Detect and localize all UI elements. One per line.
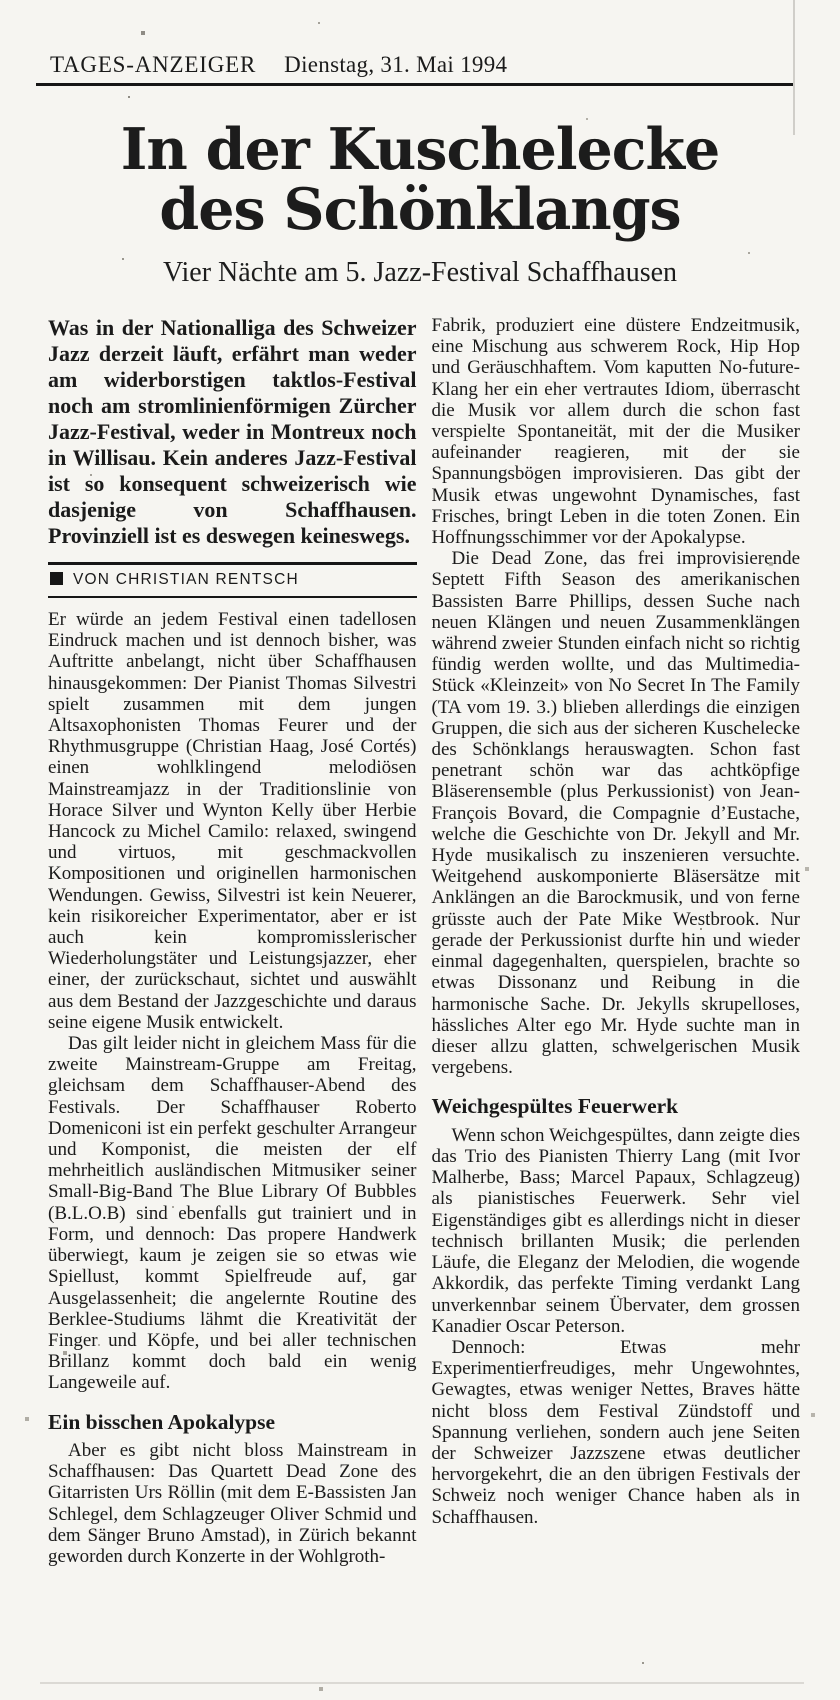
- headline-line-2: des Schönklangs: [20, 180, 820, 240]
- right-column: Fabrik, produziert eine düstere Endzeitm…: [432, 315, 801, 1567]
- subhead-apokalypse: Ein bisschen Apokalypse: [48, 1411, 417, 1434]
- headline: In der Kuschelecke des Schönklangs: [20, 120, 820, 241]
- byline-square-icon: [50, 572, 63, 585]
- paragraph: Das gilt leider nicht in gleichem Mass f…: [48, 1033, 417, 1393]
- subhead-feuerwerk: Weichgespültes Feuerwerk: [432, 1095, 801, 1118]
- subtitle: Vier Nächte am 5. Jazz-Festival Schaffha…: [20, 257, 820, 289]
- left-column: Was in der Nationalliga des Schweizer Ja…: [48, 315, 417, 1567]
- scan-edge-bottom: [40, 1682, 804, 1684]
- lead-paragraph: Was in der Nationalliga des Schweizer Ja…: [48, 315, 417, 549]
- article-columns: Was in der Nationalliga des Schweizer Ja…: [48, 315, 800, 1567]
- newspaper-scan-page: TAGES-ANZEIGER Dienstag, 31. Mai 1994 In…: [0, 0, 840, 1700]
- masthead: TAGES-ANZEIGER Dienstag, 31. Mai 1994: [0, 0, 840, 78]
- headline-line-1: In der Kuschelecke: [20, 120, 820, 180]
- paragraph: Dennoch: Etwas mehr Experimentierfreudig…: [432, 1337, 801, 1528]
- paragraph: Er würde an jedem Festival einen tadello…: [48, 609, 417, 1033]
- paper-name: TAGES-ANZEIGER: [50, 52, 256, 77]
- masthead-rule: [36, 83, 793, 86]
- paragraph: Fabrik, produziert eine düstere Endzeitm…: [432, 315, 801, 548]
- byline: VON CHRISTIAN RENTSCH: [73, 571, 299, 588]
- issue-date: Dienstag, 31. Mai 1994: [284, 52, 507, 77]
- paragraph: Die Dead Zone, das frei improvisierende …: [432, 548, 801, 1078]
- paragraph: Aber es gibt nicht bloss Mainstream in S…: [48, 1440, 417, 1567]
- byline-block: VON CHRISTIAN RENTSCH: [48, 562, 417, 598]
- paragraph: Wenn schon Weichgespültes, dann zeigte d…: [432, 1125, 801, 1337]
